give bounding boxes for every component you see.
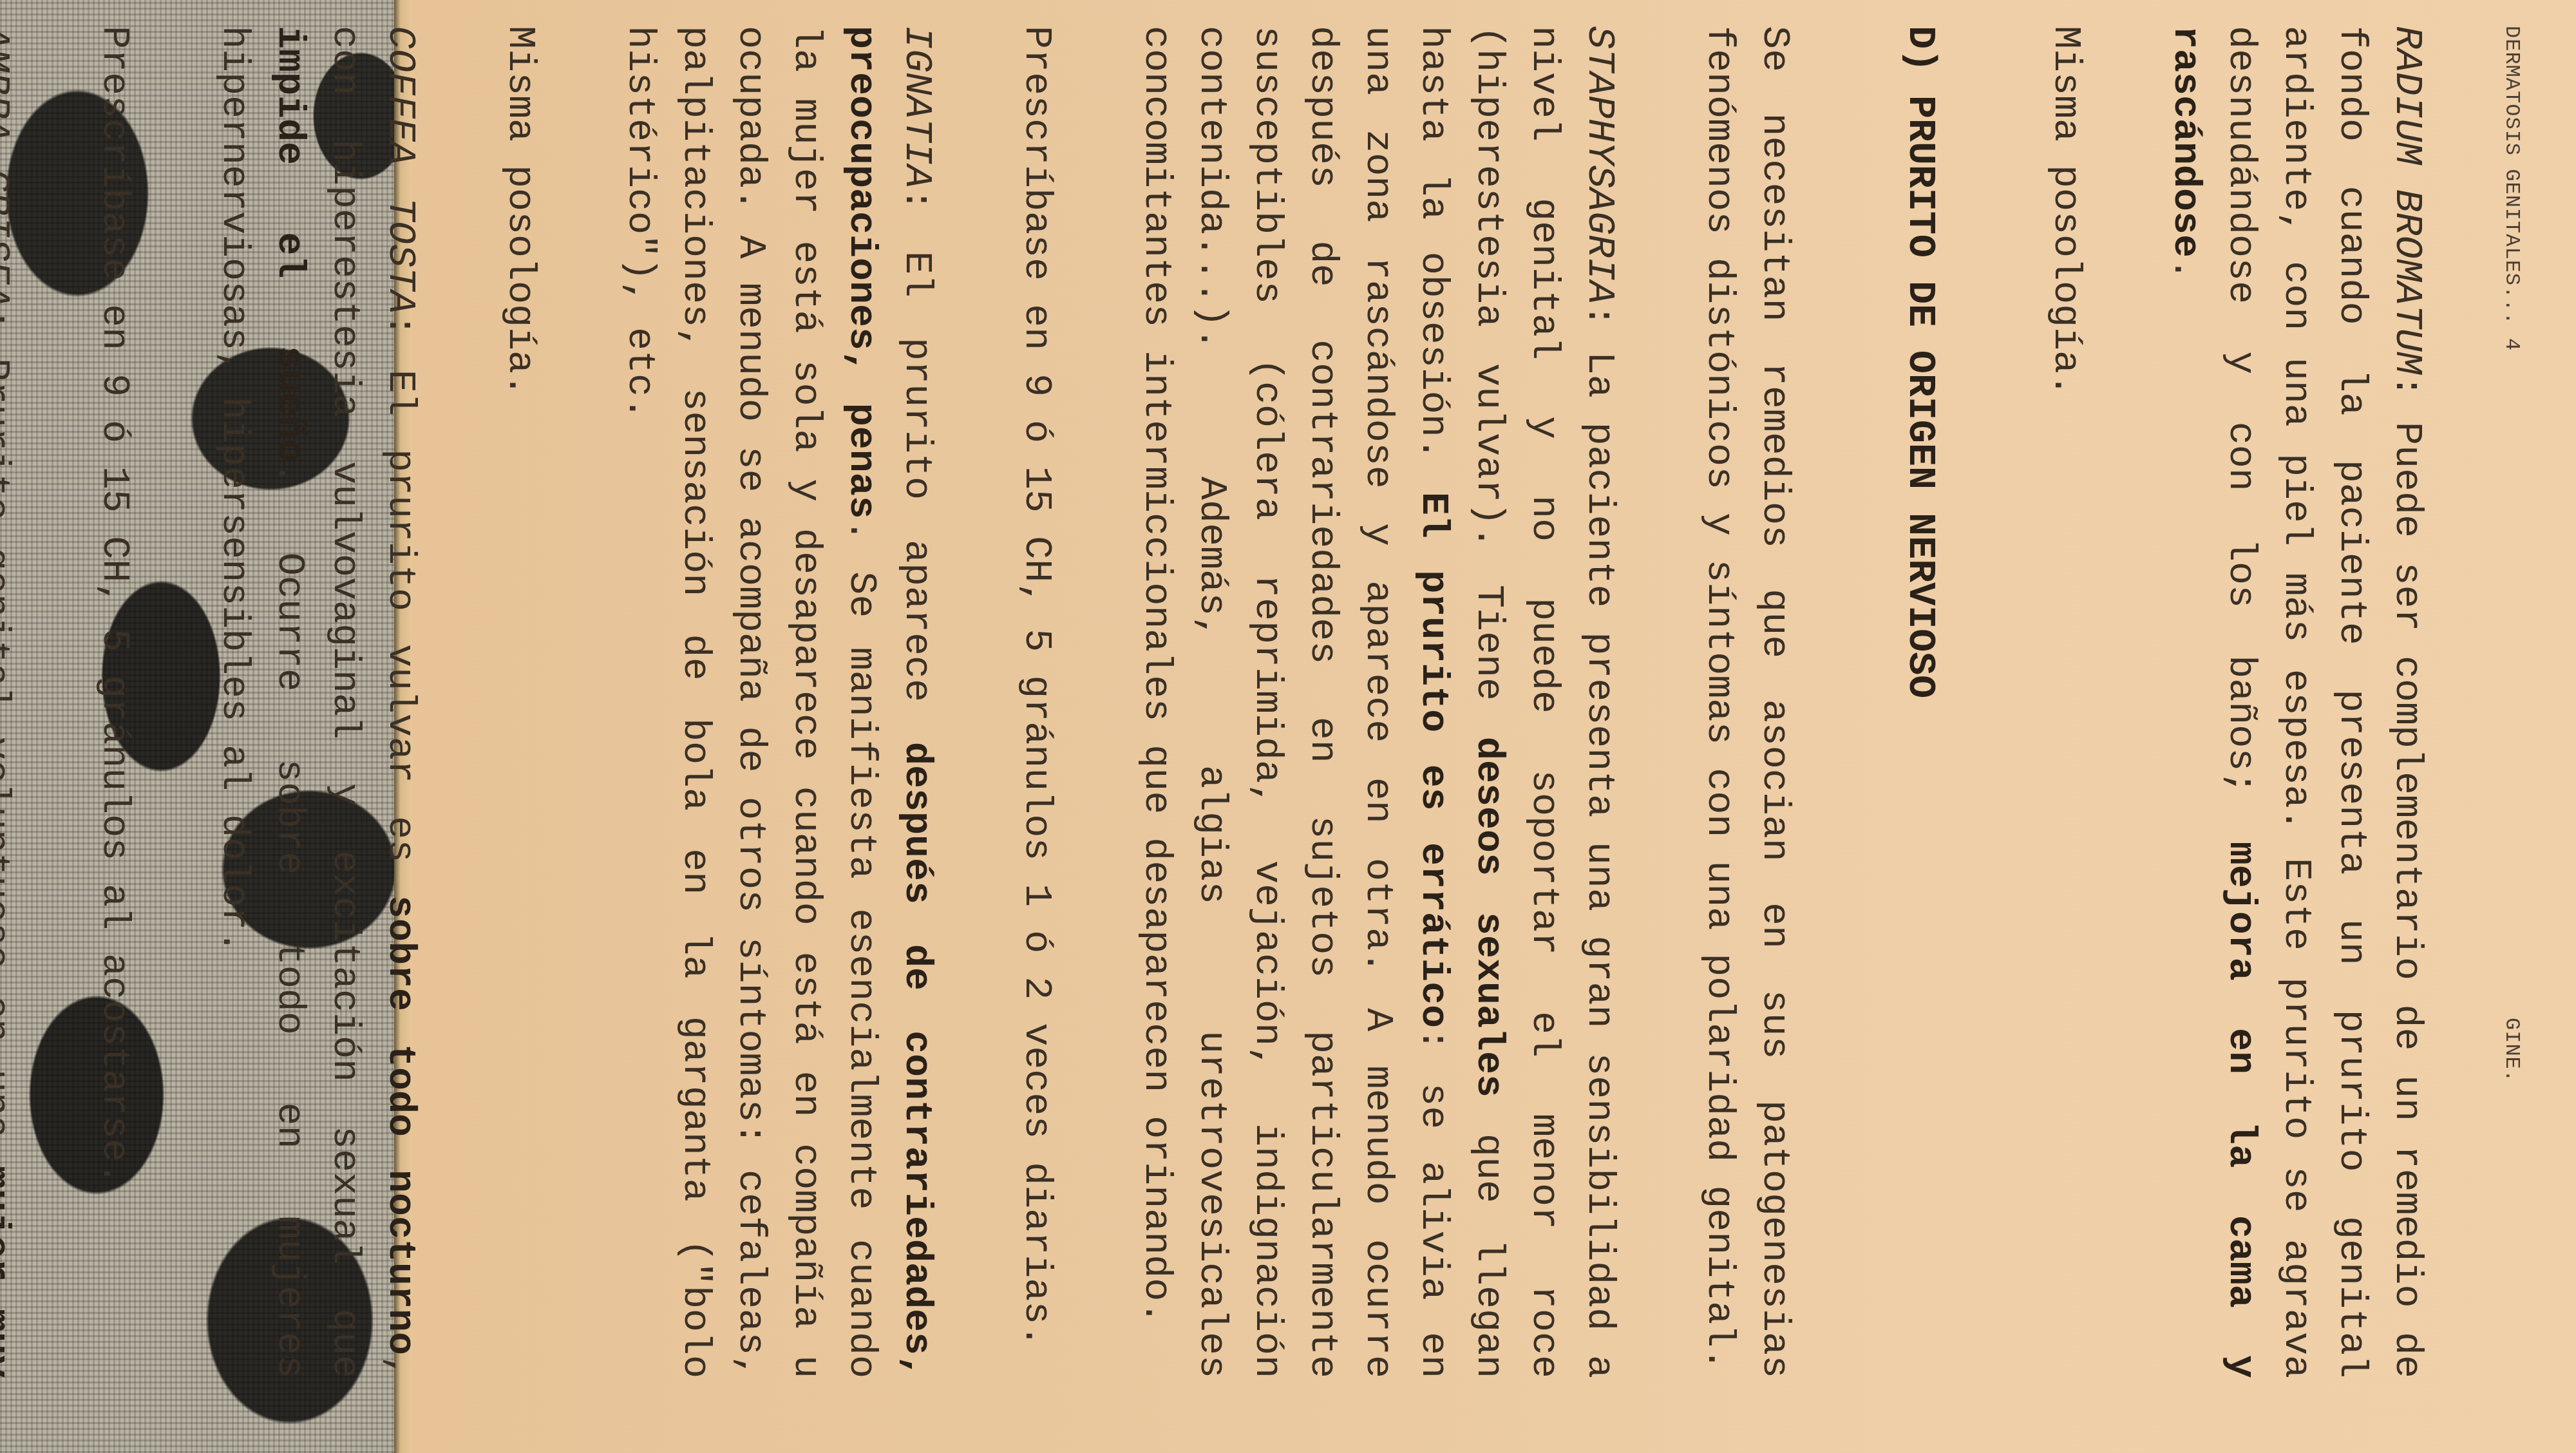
paragraph: Prescríbase en 9 ó 15 CH, 5 gránulos 1 ó…	[1009, 26, 1064, 1378]
remedy-name: IGNATIA	[895, 26, 938, 188]
section-heading: D) PRURITO DE ORIGEN NERVIOSO	[1892, 26, 1947, 1378]
emphasis-text: deseos sexuales	[1466, 737, 1510, 1097]
remedy-paragraph: COFFEA TOSTA: El prurito vulvar es sobre…	[206, 26, 428, 1378]
body-text: : El prurito aparece	[895, 188, 938, 742]
paragraph: Misma posología.	[492, 26, 547, 1378]
paragraph: Misma posología.	[2038, 26, 2093, 1378]
document-page: DERMATOSIS GENITALES... 4 GINE. RADIUM B…	[406, 0, 2576, 1453]
remedy-paragraph: AMBRA GRISEA: Prurito genital voluptuoso…	[0, 26, 22, 1378]
running-head: DERMATOSIS GENITALES... 4 GINE.	[2499, 26, 2524, 1378]
remedy-name: COFFEA TOSTA	[378, 26, 422, 314]
remedy-name: STAPHYSAGRIA	[1577, 26, 1621, 304]
body-text: : El prurito vulvar es	[378, 314, 422, 895]
body-text: .	[2163, 258, 2207, 281]
emphasis-text: El prurito es errático	[1411, 492, 1455, 1028]
remedy-name: AMBRA GRISEA	[0, 26, 16, 308]
emphasis-text: impide el sueño	[267, 26, 311, 462]
document-content: RADIUM BROMATUM: Puede ser complementari…	[0, 26, 2434, 1378]
remedy-paragraph: IGNATIA: El prurito aparece después de c…	[612, 26, 944, 1378]
emphasis-text: sobre todo nocturno	[378, 895, 422, 1355]
running-head-title: DERMATOSIS GENITALES... 4	[2499, 26, 2524, 351]
remedy-name: RADIUM BROMATUM	[2385, 26, 2429, 375]
paragraph: Se necesitan remedios que asocian en sus…	[1691, 26, 1802, 1378]
remedy-paragraph: STAPHYSAGRIA: La paciente presenta una g…	[1128, 26, 1627, 1378]
body-text: : se alivia en una zona rascándose y apa…	[1134, 26, 1455, 1378]
remedy-paragraph: RADIUM BROMATUM: Puede ser complementari…	[2157, 26, 2434, 1378]
page-body: DERMATOSIS GENITALES... 4 GINE. RADIUM B…	[0, 26, 2524, 1378]
body-text: : Prurito genital voluptuoso en una	[0, 308, 16, 1166]
running-head-section: GINE.	[2499, 1018, 2524, 1083]
paragraph: Prescríbase en 9 ó 15 CH, 5 gránulos al …	[86, 26, 142, 1378]
